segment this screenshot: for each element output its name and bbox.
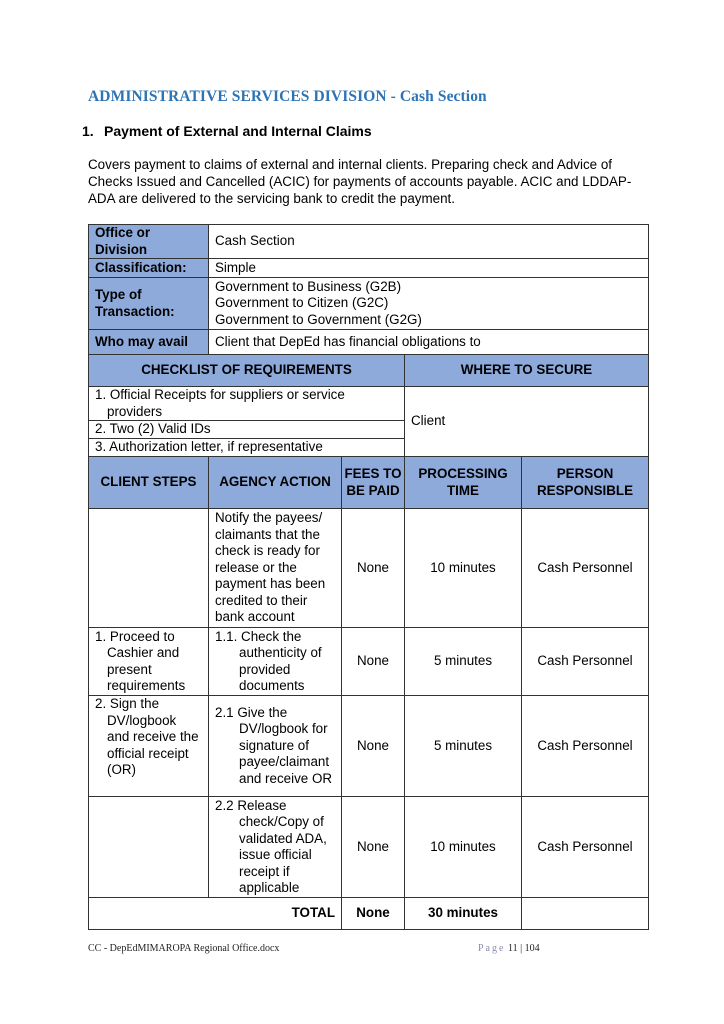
client-steps-header: CLIENT STEPS xyxy=(89,457,209,509)
requirement-item: 3. Authorization letter, if representati… xyxy=(89,439,405,457)
fees: None xyxy=(342,509,405,628)
total-pages: 104 xyxy=(525,943,540,954)
office-label: Office or Division xyxy=(89,225,209,259)
classification-row: Classification: Simple xyxy=(89,259,649,278)
where-value: Client xyxy=(405,387,649,457)
agency-action: 2.1 Give the DV/logbook for signature of… xyxy=(209,696,342,797)
processing-time: 5 minutes xyxy=(405,628,522,696)
service-description: Covers payment to claims of external and… xyxy=(88,156,648,207)
agency-action: 1.1. Check the authenticity of provided … xyxy=(209,628,342,696)
office-row: Office or Division Cash Section xyxy=(89,225,649,259)
total-time: 30 minutes xyxy=(405,898,522,930)
client-step xyxy=(89,509,209,628)
type-values: Government to Business (G2B) Government … xyxy=(209,278,649,330)
processing-time-header: PROCESSING TIME xyxy=(405,457,522,509)
total-row: TOTAL None 30 minutes xyxy=(89,898,649,930)
agency-action: 2.2 Release check/Copy of validated ADA,… xyxy=(209,797,342,898)
person-responsible: Cash Personnel xyxy=(522,696,649,797)
total-fees: None xyxy=(342,898,405,930)
page-label: Page xyxy=(478,943,505,954)
processing-time: 5 minutes xyxy=(405,696,522,797)
step-row: Notify the payees/ claimants that the ch… xyxy=(89,509,649,628)
service-number: 1. xyxy=(82,123,104,139)
fees: None xyxy=(342,628,405,696)
type-row: Type of Transaction: Government to Busin… xyxy=(89,278,649,330)
agency-action-header: AGENCY ACTION xyxy=(209,457,342,509)
person-responsible-header: PERSON RESPONSIBLE xyxy=(522,457,649,509)
checklist-header: CHECKLIST OF REQUIREMENTS xyxy=(89,355,405,387)
service-title: Payment of External and Internal Claims xyxy=(104,123,372,139)
classification-label: Classification: xyxy=(89,259,209,278)
agency-action: Notify the payees/ claimants that the ch… xyxy=(209,509,342,628)
division-title: ADMINISTRATIVE SERVICES DIVISION - Cash … xyxy=(88,88,487,106)
processing-time: 10 minutes xyxy=(405,797,522,898)
classification-value: Simple xyxy=(209,259,649,278)
type-value-g2g: Government to Government (G2G) xyxy=(215,312,642,329)
where-header: WHERE TO SECURE xyxy=(405,355,649,387)
requirement-item: 2. Two (2) Valid IDs xyxy=(89,421,405,439)
fees: None xyxy=(342,797,405,898)
client-step: 2. Sign the DV/logbook and receive the o… xyxy=(89,696,209,797)
footer-page-number: Page 11 | 104 xyxy=(478,943,540,954)
client-step: 1. Proceed to Cashier and present requir… xyxy=(89,628,209,696)
footer-filename: CC - DepEdMIMAROPA Regional Office.docx xyxy=(88,943,279,954)
page-separator: | xyxy=(520,943,522,954)
who-value: Client that DepEd has financial obligati… xyxy=(209,330,649,355)
who-row: Who may avail Client that DepEd has fina… xyxy=(89,330,649,355)
current-page: 11 xyxy=(508,943,518,954)
who-label: Who may avail xyxy=(89,330,209,355)
type-value-g2c: Government to Citizen (G2C) xyxy=(215,295,642,312)
requirement-item: 1. Official Receipts for suppliers or se… xyxy=(89,387,405,421)
step-row: 1. Proceed to Cashier and present requir… xyxy=(89,628,649,696)
requirements-header-row: CHECKLIST OF REQUIREMENTS WHERE TO SECUR… xyxy=(89,355,649,387)
type-label: Type of Transaction: xyxy=(89,278,209,330)
processing-time: 10 minutes xyxy=(405,509,522,628)
steps-header-row: CLIENT STEPS AGENCY ACTION FEES TO BE PA… xyxy=(89,457,649,509)
requirement-row: 1. Official Receipts for suppliers or se… xyxy=(89,387,649,421)
service-heading: 1.Payment of External and Internal Claim… xyxy=(82,123,372,139)
total-person xyxy=(522,898,649,930)
fees: None xyxy=(342,696,405,797)
step-row: 2.2 Release check/Copy of validated ADA,… xyxy=(89,797,649,898)
step-row: 2. Sign the DV/logbook and receive the o… xyxy=(89,696,649,797)
person-responsible: Cash Personnel xyxy=(522,628,649,696)
fees-header: FEES TO BE PAID xyxy=(342,457,405,509)
citizens-charter-table: Office or Division Cash Section Classifi… xyxy=(88,224,649,930)
client-step xyxy=(89,797,209,898)
person-responsible: Cash Personnel xyxy=(522,509,649,628)
type-value-g2b: Government to Business (G2B) xyxy=(215,279,642,296)
total-label: TOTAL xyxy=(89,898,342,930)
person-responsible: Cash Personnel xyxy=(522,797,649,898)
office-value: Cash Section xyxy=(209,225,649,259)
